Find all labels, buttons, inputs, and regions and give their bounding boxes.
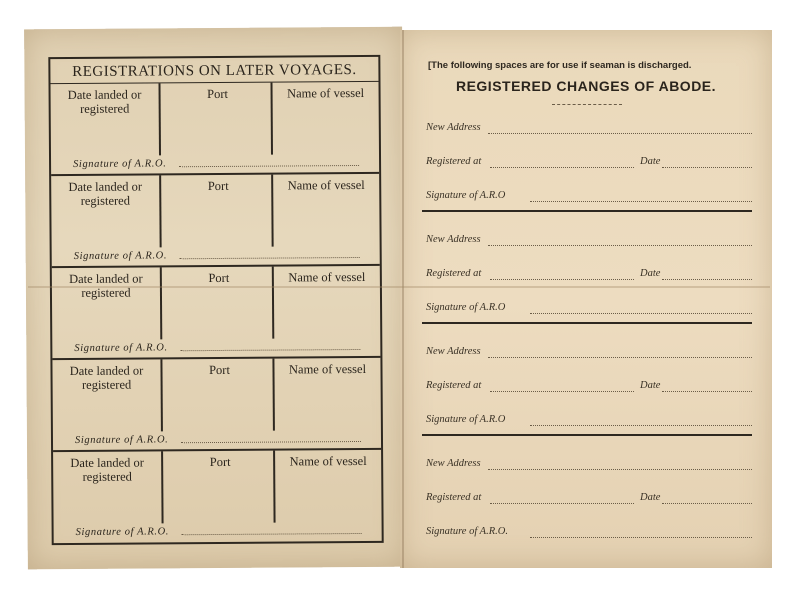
date-label: Date: [640, 492, 660, 503]
new-address-label: New Address: [426, 234, 481, 245]
column-divider: [161, 451, 164, 523]
signature-label: Signature of A.R.O: [426, 414, 505, 425]
registered-at-label: Registered at: [426, 380, 481, 391]
column-divider: [160, 359, 163, 431]
signature-line: [180, 257, 360, 259]
signature-label: Signature of A.R.O.: [76, 526, 169, 538]
port-label: Port: [165, 451, 275, 470]
registered-row: Registered at Date: [422, 268, 752, 282]
date-landed-label: Date landed or registered: [51, 175, 159, 208]
date-label: Date: [640, 380, 660, 391]
vessel-name-label: Name of vessel: [273, 174, 379, 193]
column-divider: [159, 83, 162, 155]
signature-line: [530, 201, 752, 202]
new-address-label: New Address: [426, 122, 481, 133]
new-address-row: New Address: [422, 458, 752, 472]
port-label: Port: [164, 267, 274, 286]
date-landed-label: Date landed or registered: [51, 83, 159, 116]
changes-of-abode-title: REGISTERED CHANGES OF ABODE.: [400, 78, 772, 94]
new-address-line: [488, 245, 752, 246]
date-label: Date: [640, 156, 660, 167]
voyage-entry: Date landed or registered Port Name of v…: [51, 82, 380, 176]
section-rule: [422, 322, 752, 324]
date-landed-label: Date landed or registered: [52, 267, 160, 300]
voyage-entry: Date landed or registered Port Name of v…: [52, 266, 381, 360]
column-divider: [159, 175, 162, 247]
registered-at-line: [490, 167, 634, 168]
date-line: [662, 391, 752, 392]
title-ornament: [552, 100, 622, 105]
registered-at-label: Registered at: [426, 492, 481, 503]
new-address-label: New Address: [426, 458, 481, 469]
port-label: Port: [163, 83, 273, 102]
new-address-row: New Address: [422, 234, 752, 248]
date-line: [662, 503, 752, 504]
vessel-name-label: Name of vessel: [274, 266, 380, 285]
signature-line: [530, 313, 752, 314]
signature-line: [179, 165, 359, 167]
signature-row: Signature of A.R.O: [422, 302, 752, 316]
signature-line: [180, 349, 360, 351]
new-address-line: [488, 469, 752, 470]
new-address-row: New Address: [422, 122, 752, 136]
abode-block: New Address Registered at Date Signature…: [422, 340, 752, 450]
right-page: [The following spaces are for use if sea…: [400, 30, 772, 568]
port-label: Port: [164, 359, 274, 378]
center-fold: [402, 30, 404, 568]
signature-label: Signature of A.R.O.: [74, 250, 167, 262]
abode-block: New Address Registered at Date Signature…: [422, 116, 752, 226]
abode-block: New Address Registered at Date Signature…: [422, 452, 752, 562]
vessel-name-label: Name of vessel: [274, 358, 380, 377]
registered-at-line: [490, 279, 634, 280]
registered-row: Registered at Date: [422, 156, 752, 170]
new-address-row: New Address: [422, 346, 752, 360]
section-rule: [422, 434, 752, 436]
signature-line: [182, 533, 362, 535]
registered-at-label: Registered at: [426, 156, 481, 167]
signature-row: Signature of A.R.O: [422, 190, 752, 204]
abode-block: New Address Registered at Date Signature…: [422, 228, 752, 338]
registered-at-line: [490, 503, 634, 504]
signature-label: Signature of A.R.O.: [73, 158, 166, 170]
new-address-line: [488, 133, 752, 134]
registered-at-line: [490, 391, 634, 392]
signature-line: [530, 425, 752, 426]
voyage-registrations-title: REGISTRATIONS ON LATER VOYAGES.: [50, 57, 378, 84]
signature-line: [530, 537, 752, 538]
date-line: [662, 279, 752, 280]
voyage-entry: Date landed or registered Port Name of v…: [52, 358, 381, 452]
signature-label: Signature of A.R.O: [426, 190, 505, 201]
vessel-name-label: Name of vessel: [275, 450, 381, 469]
voyage-entry: Date landed or registered Port Name of v…: [53, 450, 382, 542]
date-landed-label: Date landed or registered: [52, 359, 160, 392]
new-address-line: [488, 357, 752, 358]
signature-label: Signature of A.R.O: [426, 302, 505, 313]
date-landed-label: Date landed or registered: [53, 451, 161, 484]
registered-at-label: Registered at: [426, 268, 481, 279]
discharge-note: [The following spaces are for use if sea…: [428, 60, 691, 71]
vessel-name-label: Name of vessel: [272, 82, 378, 101]
signature-row: Signature of A.R.O.: [422, 526, 752, 540]
signature-line: [181, 441, 361, 443]
date-line: [662, 167, 752, 168]
column-divider: [160, 267, 163, 339]
signature-label: Signature of A.R.O.: [426, 526, 508, 537]
voyage-entry: Date landed or registered Port Name of v…: [51, 174, 380, 268]
port-label: Port: [163, 175, 273, 194]
date-label: Date: [640, 268, 660, 279]
registered-row: Registered at Date: [422, 492, 752, 506]
voyage-registrations-table: REGISTRATIONS ON LATER VOYAGES. Date lan…: [48, 55, 383, 545]
new-address-label: New Address: [426, 346, 481, 357]
signature-label: Signature of A.R.O.: [74, 342, 167, 354]
signature-label: Signature of A.R.O.: [75, 434, 168, 446]
registered-row: Registered at Date: [422, 380, 752, 394]
signature-row: Signature of A.R.O: [422, 414, 752, 428]
section-rule: [422, 210, 752, 212]
horizontal-fold: [28, 286, 770, 288]
left-page: REGISTRATIONS ON LATER VOYAGES. Date lan…: [24, 27, 406, 570]
